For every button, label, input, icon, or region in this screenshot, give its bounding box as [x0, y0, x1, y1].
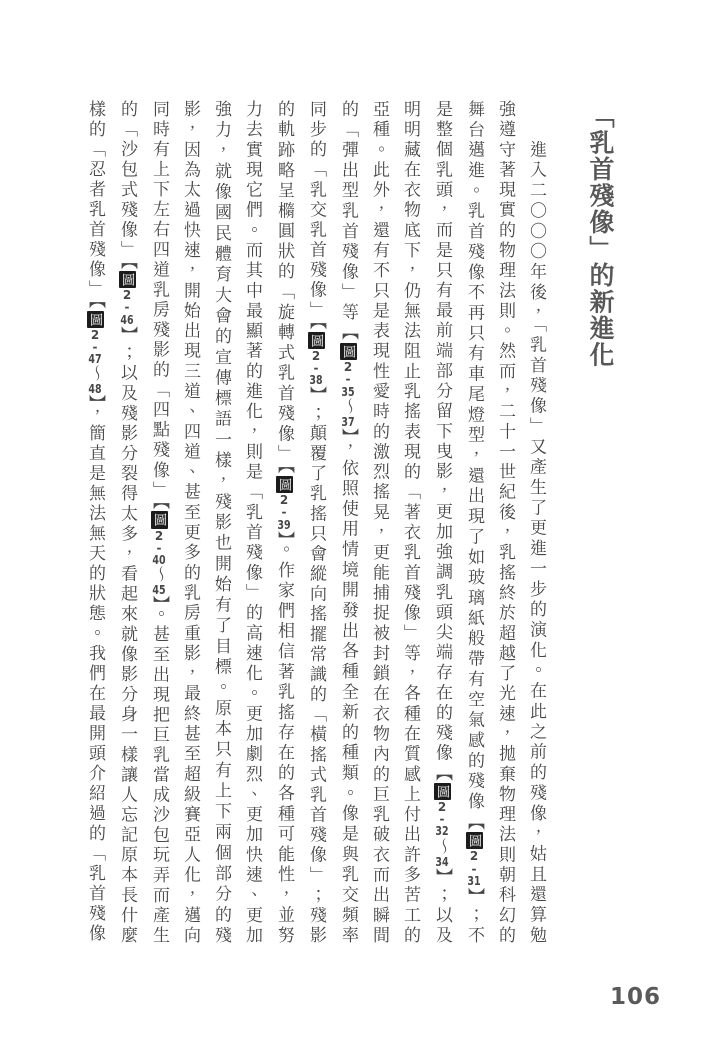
figure-number: 40: [152, 554, 166, 566]
figure-number: -: [120, 301, 134, 313]
figure-number: -: [309, 362, 323, 374]
figure-number: 38: [309, 374, 323, 386]
figure-number: -: [152, 542, 166, 554]
figure-number: 2: [309, 350, 323, 362]
figure-number: 2: [88, 329, 102, 341]
book-page: 「乳首殘像」的新進化 進入二〇〇〇年後，「乳首殘像」又產生了更進一步的演化。在此…: [0, 0, 709, 1050]
figure-number: -: [467, 863, 481, 875]
figure-label-box: 圖: [340, 343, 357, 360]
figure-number: 2: [152, 530, 166, 542]
figure-number: 34: [435, 856, 449, 868]
figure-number: -: [277, 506, 291, 518]
chapter-title: 「乳首殘像」的新進化: [582, 103, 618, 368]
figure-number: 2: [435, 801, 449, 813]
figure-reference: 【圖2-46】: [118, 261, 137, 344]
figure-number: 2: [467, 850, 481, 862]
figure-number: 31: [467, 875, 481, 887]
figure-number: 39: [277, 519, 291, 531]
figure-label-box: 圖: [308, 332, 325, 349]
figure-number: 45: [152, 584, 166, 596]
figure-number: -: [435, 813, 449, 825]
figure-reference: 【圖2-35〜37】: [339, 323, 358, 438]
figure-reference: 【圖2-32〜34】: [433, 764, 452, 886]
figure-number: -: [341, 373, 355, 385]
figure-label-box: 圖: [276, 476, 293, 493]
figure-number: 32: [435, 825, 449, 837]
figure-number: 2: [120, 289, 134, 301]
figure-label-box: 圖: [119, 271, 136, 288]
figure-label-box: 圖: [466, 832, 483, 849]
figure-number: 2: [341, 361, 355, 373]
figure-number: 35: [341, 386, 355, 398]
figure-number: 37: [341, 416, 355, 428]
figure-reference: 【圖2-40〜45】: [150, 501, 169, 605]
figure-number: 47: [88, 353, 102, 365]
figure-reference: 【圖2-38】: [307, 321, 326, 404]
figure-number: 2: [277, 494, 291, 506]
body-text-run: 。作家們相信著乳搖存在的各種可能性，並努力去實現它們。而其中最顯著的進化，則是「…: [150, 100, 294, 946]
figure-number: 48: [88, 383, 102, 395]
figure-reference: 【圖2-39】: [275, 465, 294, 541]
figure-reference: 【圖2-31】: [465, 813, 484, 906]
figure-label-box: 圖: [87, 311, 104, 328]
page-number: 106: [610, 984, 661, 1010]
body-text-column-block: 進入二〇〇〇年後，「乳首殘像」又產生了更進一步的演化。在此之前的殘像，姑且還算勉…: [79, 100, 552, 946]
figure-label-box: 圖: [434, 783, 451, 800]
figure-number: -: [88, 341, 102, 353]
figure-reference: 【圖2-47〜48】: [86, 300, 105, 404]
figure-number: 46: [120, 314, 134, 326]
body-text-run: ，簡直是無法無天的狀態。我們在最開頭介紹過的「乳首殘像: [86, 404, 105, 944]
figure-label-box: 圖: [151, 511, 168, 528]
